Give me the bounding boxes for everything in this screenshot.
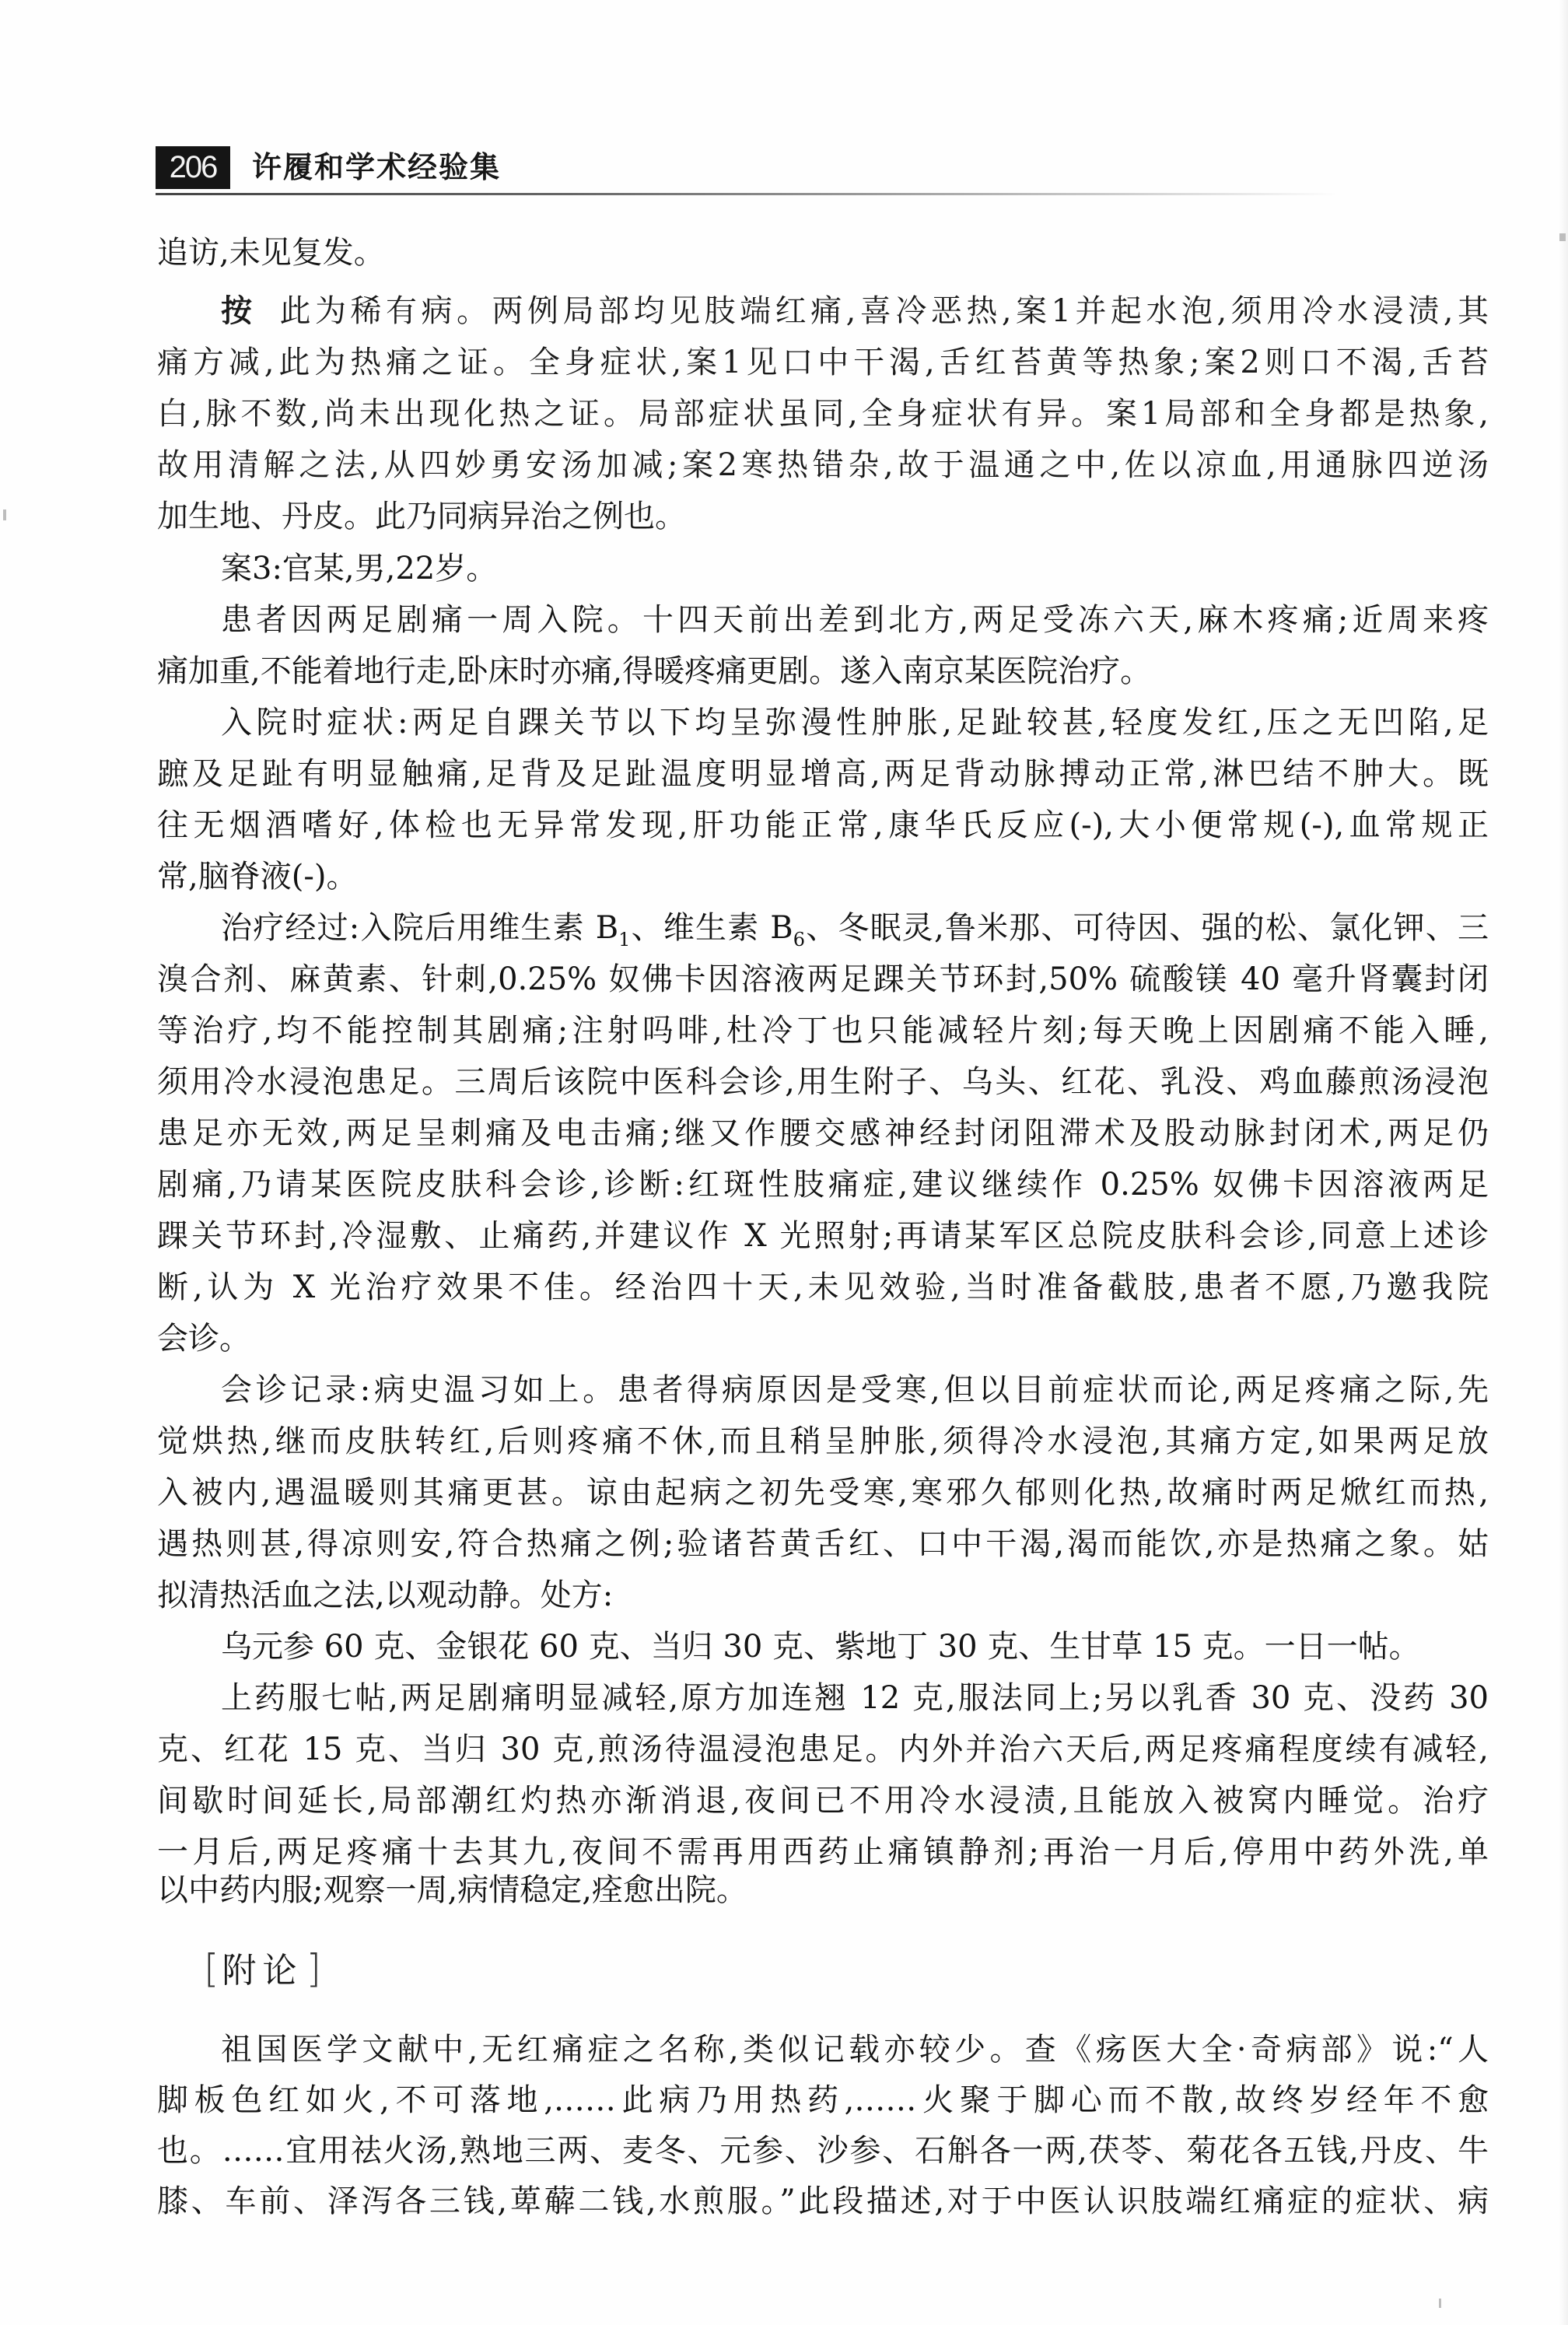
- book-title: 许履和学术经验集: [252, 146, 501, 189]
- text-line: 患足亦无效,两足呈刺痛及电击痛;继又作腰交感神经封闭阻滞术及股动脉封闭术,两足仍: [157, 1115, 1489, 1152]
- text-line: 也。……宜用祛火汤,熟地三两、麦冬、元参、沙参、石斛各一两,茯苓、菊花各五钱,丹…: [157, 2132, 1489, 2169]
- page-edge-shadow: [1559, 0, 1568, 2325]
- text-line: 入院时症状:两足自踝关节以下均呈弥漫性肿胀,足趾较甚,轻度发红,压之无凹陷,足: [221, 704, 1489, 741]
- text-line: 上药服七帖,两足剧痛明显减轻,原方加连翘 12 克,服法同上;另以乳香 30 克…: [221, 1679, 1489, 1717]
- text-line: 断,认为 X 光治疗效果不佳。经治四十天,未见效验,当时准备截肢,患者不愿,乃邀…: [157, 1269, 1489, 1306]
- subscript: 6: [793, 929, 805, 951]
- text-line: 常,脑脊液(-)。: [157, 858, 1489, 895]
- text-line: 白,脉不数,尚未出现化热之证。局部症状虽同,全身症状有异。案1局部和全身都是热象…: [157, 395, 1489, 432]
- text-line: 以中药内服;观察一周,病情稳定,痊愈出院。: [157, 1872, 1489, 1909]
- scan-speck: [1439, 2299, 1441, 2308]
- text-line: 治疗经过:入院后用维生素 B1、维生素 B6、冬眠灵,鲁米那、可待因、强的松、氯…: [221, 909, 1489, 947]
- text-line: 患者因两足剧痛一周入院。十四天前出差到北方,两足受冻六天,麻木疼痛;近周来疼: [221, 601, 1489, 639]
- text-line: 脚板色红如火,不可落地,……此病乃用热药,……火聚于脚心而不散,故终岁经年不愈: [157, 2082, 1489, 2119]
- section-title: 附论: [222, 1951, 303, 1991]
- text-line: 等治疗,均不能控制其剧痛;注射吗啡,杜冷丁也只能减轻片刻;每天晚上因剧痛不能入睡…: [157, 1012, 1489, 1049]
- text-line: 往无烟酒嗜好,体检也无异常发现,肝功能正常,康华氏反应(-),大小便常规(-),…: [157, 807, 1489, 844]
- text-line: 蹠及足趾有明显触痛,足背及足趾温度明显增高,两足背动脉搏动正常,淋巴结不肿大。既: [157, 755, 1489, 793]
- subscript: 1: [618, 929, 630, 951]
- scan-speck: [1559, 233, 1566, 241]
- text-span: 治疗经过:入院后用维生素 B: [221, 910, 618, 946]
- text-line: 追访,未见复发。: [157, 234, 1489, 271]
- prescription-line: 乌元参 60 克、金银花 60 克、当归 30 克、紫地丁 30 克、生甘草 1…: [221, 1628, 1489, 1665]
- header-divider: [156, 193, 1338, 195]
- scanned-book-page: 206 许履和学术经验集 追访,未见复发。 按此为稀有病。两例局部均见肢端红痛,…: [0, 0, 1568, 2325]
- scan-speck: [3, 509, 6, 520]
- text-span: 、冬眠灵,鲁米那、可待因、强的松、氯化钾、三: [805, 910, 1489, 946]
- open-bracket: [: [204, 1946, 219, 1991]
- page-number-badge: 206: [156, 146, 230, 189]
- text-line: 痛加重,不能着地行走,卧床时亦痛,得暖疼痛更剧。遂入南京某医院治疗。: [157, 653, 1489, 690]
- section-heading: [附论]: [204, 1947, 321, 1991]
- text-line: 须用冷水浸泡患足。三周后该院中医科会诊,用生附子、乌头、红花、乳没、鸡血藤煎汤浸…: [157, 1063, 1489, 1101]
- text-line: 克、红花 15 克、当归 30 克,煎汤待温浸泡患足。内外并治六天后,两足疼痛程…: [157, 1731, 1489, 1768]
- case-heading: 案3:官某,男,22岁。: [221, 550, 1489, 587]
- text-line: 拟清热活血之法,以观动静。处方:: [157, 1577, 1489, 1614]
- text-line: 祖国医学文献中,无红痛症之名称,类似记载亦较少。查《疡医大全·奇病部》说:“人: [221, 2031, 1489, 2068]
- text-line: 一月后,两足疼痛十去其九,夜间不需再用西药止痛镇静剂;再治一月后,停用中药外洗,…: [157, 1833, 1489, 1871]
- text-line: 加生地、丹皮。此乃同病异治之例也。: [157, 498, 1489, 535]
- text-line: 入被内,遇温暖则其痛更甚。谅由起病之初先受寒,寒邪久郁则化热,故痛时两足焮红而热…: [157, 1474, 1489, 1511]
- text-line: 遇热则甚,得凉则安,符合热痛之例;验诸苔黄舌红、口中干渴,渴而能饮,亦是热痛之象…: [157, 1525, 1489, 1563]
- text-line: 会诊记录:病史温习如上。患者得病原因是受寒,但以目前症状而论,两足疼痛之际,先: [221, 1371, 1489, 1409]
- text-line: 踝关节环封,冷湿敷、止痛药,并建议作 X 光照射;再请某军区总院皮肤科会诊,同意…: [157, 1217, 1489, 1255]
- text-line: 间歇时间延长,局部潮红灼热亦渐消退,夜间已不用冷水浸渍,且能放入被窝内睡觉。治疗: [157, 1782, 1489, 1819]
- text-line: 剧痛,乃请某医院皮肤科会诊,诊断:红斑性肢痛症,建议继续作 0.25% 奴佛卡因…: [157, 1166, 1489, 1203]
- text-span: 、维生素 B: [630, 910, 793, 946]
- text-span: 此为稀有病。两例局部均见肢端红痛,喜冷恶热,案1并起水泡,须用冷水浸渍,其: [280, 293, 1489, 329]
- text-line: 按此为稀有病。两例局部均见肢端红痛,喜冷恶热,案1并起水泡,须用冷水浸渍,其: [221, 292, 1489, 330]
- text-line: 会诊。: [157, 1320, 1489, 1357]
- text-line: 觉烘热,继而皮肤转红,后则疼痛不休,而且稍呈肿胀,须得冷水浸泡,其痛方定,如果两…: [157, 1423, 1489, 1460]
- text-line: 膝、车前、泽泻各三钱,萆薢二钱,水煎服。”此段描述,对于中医认识肢端红痛症的症状…: [157, 2183, 1489, 2220]
- text-line: 痛方减,此为热痛之证。全身症状,案1见口中干渴,舌红苔黄等热象;案2则口不渴,舌…: [157, 344, 1489, 381]
- text-line: 故用清解之法,从四妙勇安汤加减;案2寒热错杂,故于温通之中,佐以凉血,用通脉四逆…: [157, 446, 1489, 484]
- commentary-marker: 按: [221, 293, 257, 329]
- text-line: 溴合剂、麻黄素、针刺,0.25% 奴佛卡因溶液两足踝关节环封,50% 硫酸镁 4…: [157, 961, 1489, 998]
- close-bracket: ]: [306, 1946, 322, 1991]
